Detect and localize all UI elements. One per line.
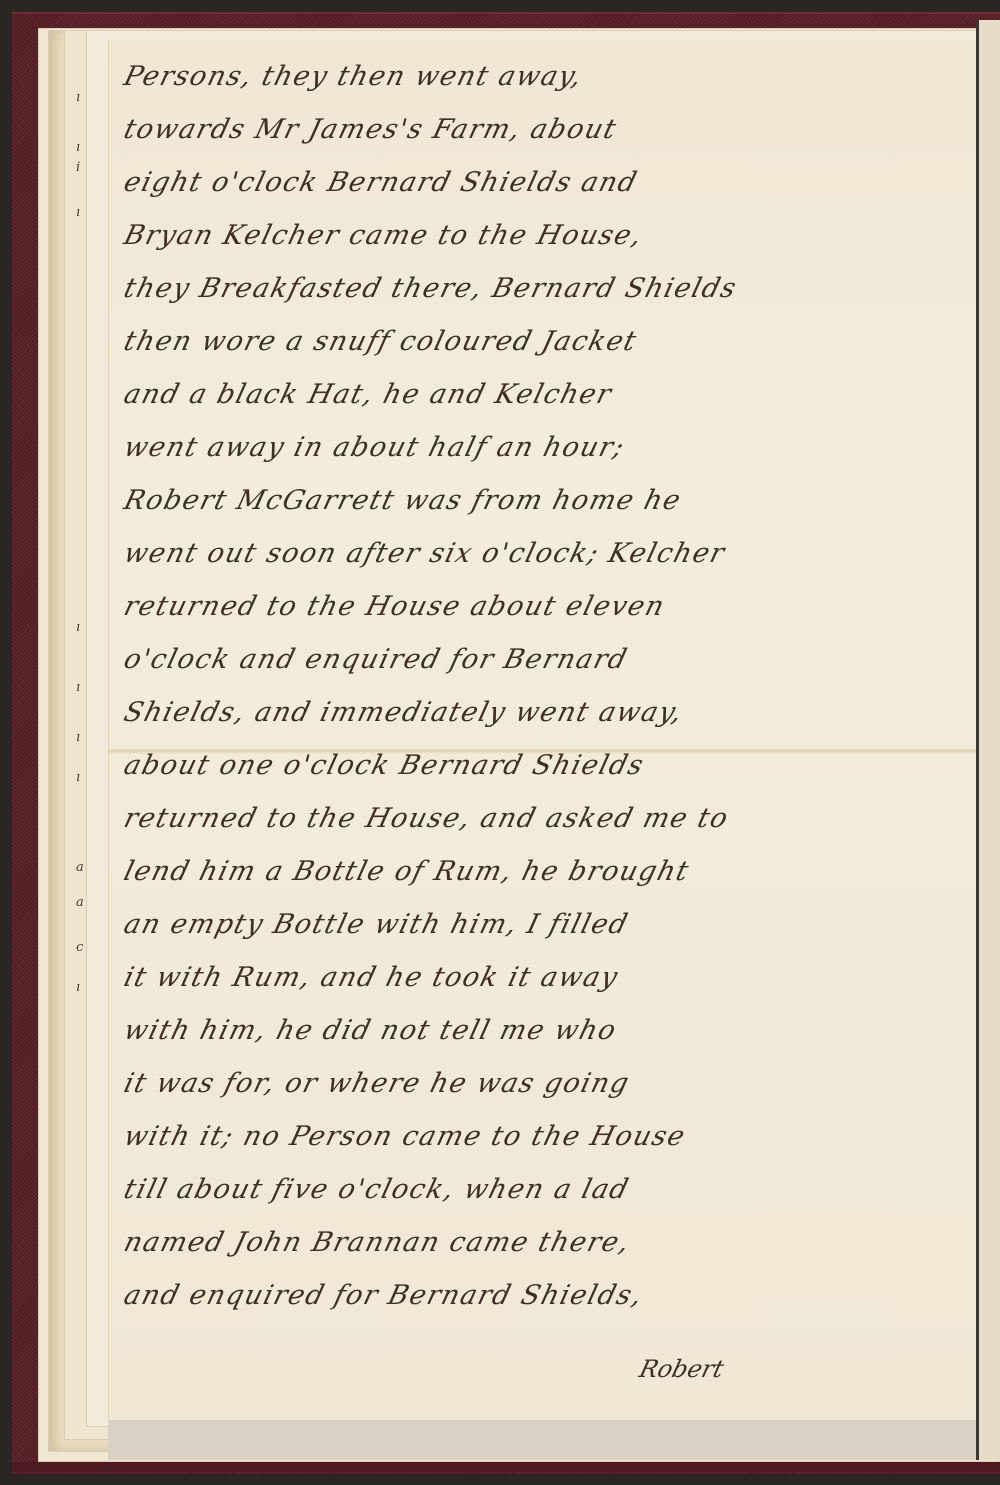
text-line: with it; no Person came to the House <box>118 1110 781 1163</box>
catchword: Robert <box>637 1355 727 1383</box>
text-line: eight o'clock Bernard Shields and <box>118 156 781 209</box>
text-line: they Breakfasted there, Bernard Shields <box>118 262 781 315</box>
handwritten-text-body: Persons, they then went away, towards Mr… <box>118 50 768 1322</box>
text-line: an empty Bottle with him, I filled <box>118 898 781 951</box>
underlying-leaf-margin-marks: ı ı i ı ı ı ı ı a a c ı <box>76 80 88 1400</box>
text-line: Shields, and immediately went away, <box>118 686 781 739</box>
text-line: towards Mr James's Farm, about <box>118 103 781 156</box>
text-line: then wore a snuff coloured Jacket <box>118 315 781 368</box>
text-line: about one o'clock Bernard Shields <box>118 739 781 792</box>
text-line: it with Rum, and he took it away <box>118 951 781 1004</box>
facing-page-edge <box>979 20 1000 1460</box>
text-line: with him, he did not tell me who <box>118 1004 781 1057</box>
text-line: named John Brannan came there, <box>118 1216 781 1269</box>
text-line: it was for, or where he was going <box>118 1057 781 1110</box>
text-line: lend him a Bottle of Rum, he brought <box>118 845 781 898</box>
text-line: and enquired for Bernard Shields, <box>118 1269 781 1322</box>
text-line: o'clock and enquired for Bernard <box>118 633 781 686</box>
text-line: Bryan Kelcher came to the House, <box>118 209 781 262</box>
text-line: returned to the House, and asked me to <box>118 792 781 845</box>
text-line: Robert McGarrett was from home he <box>118 474 781 527</box>
text-line: returned to the House about eleven <box>118 580 781 633</box>
text-line: went out soon after six o'clock; Kelcher <box>118 527 781 580</box>
text-line: till about five o'clock, when a lad <box>118 1163 781 1216</box>
text-line: went away in about half an hour; <box>118 421 781 474</box>
book-cover-bottom <box>12 1462 1000 1472</box>
text-line: Persons, they then went away, <box>118 50 781 103</box>
text-line: and a black Hat, he and Kelcher <box>118 368 781 421</box>
page-bottom-shadow <box>108 1420 976 1460</box>
